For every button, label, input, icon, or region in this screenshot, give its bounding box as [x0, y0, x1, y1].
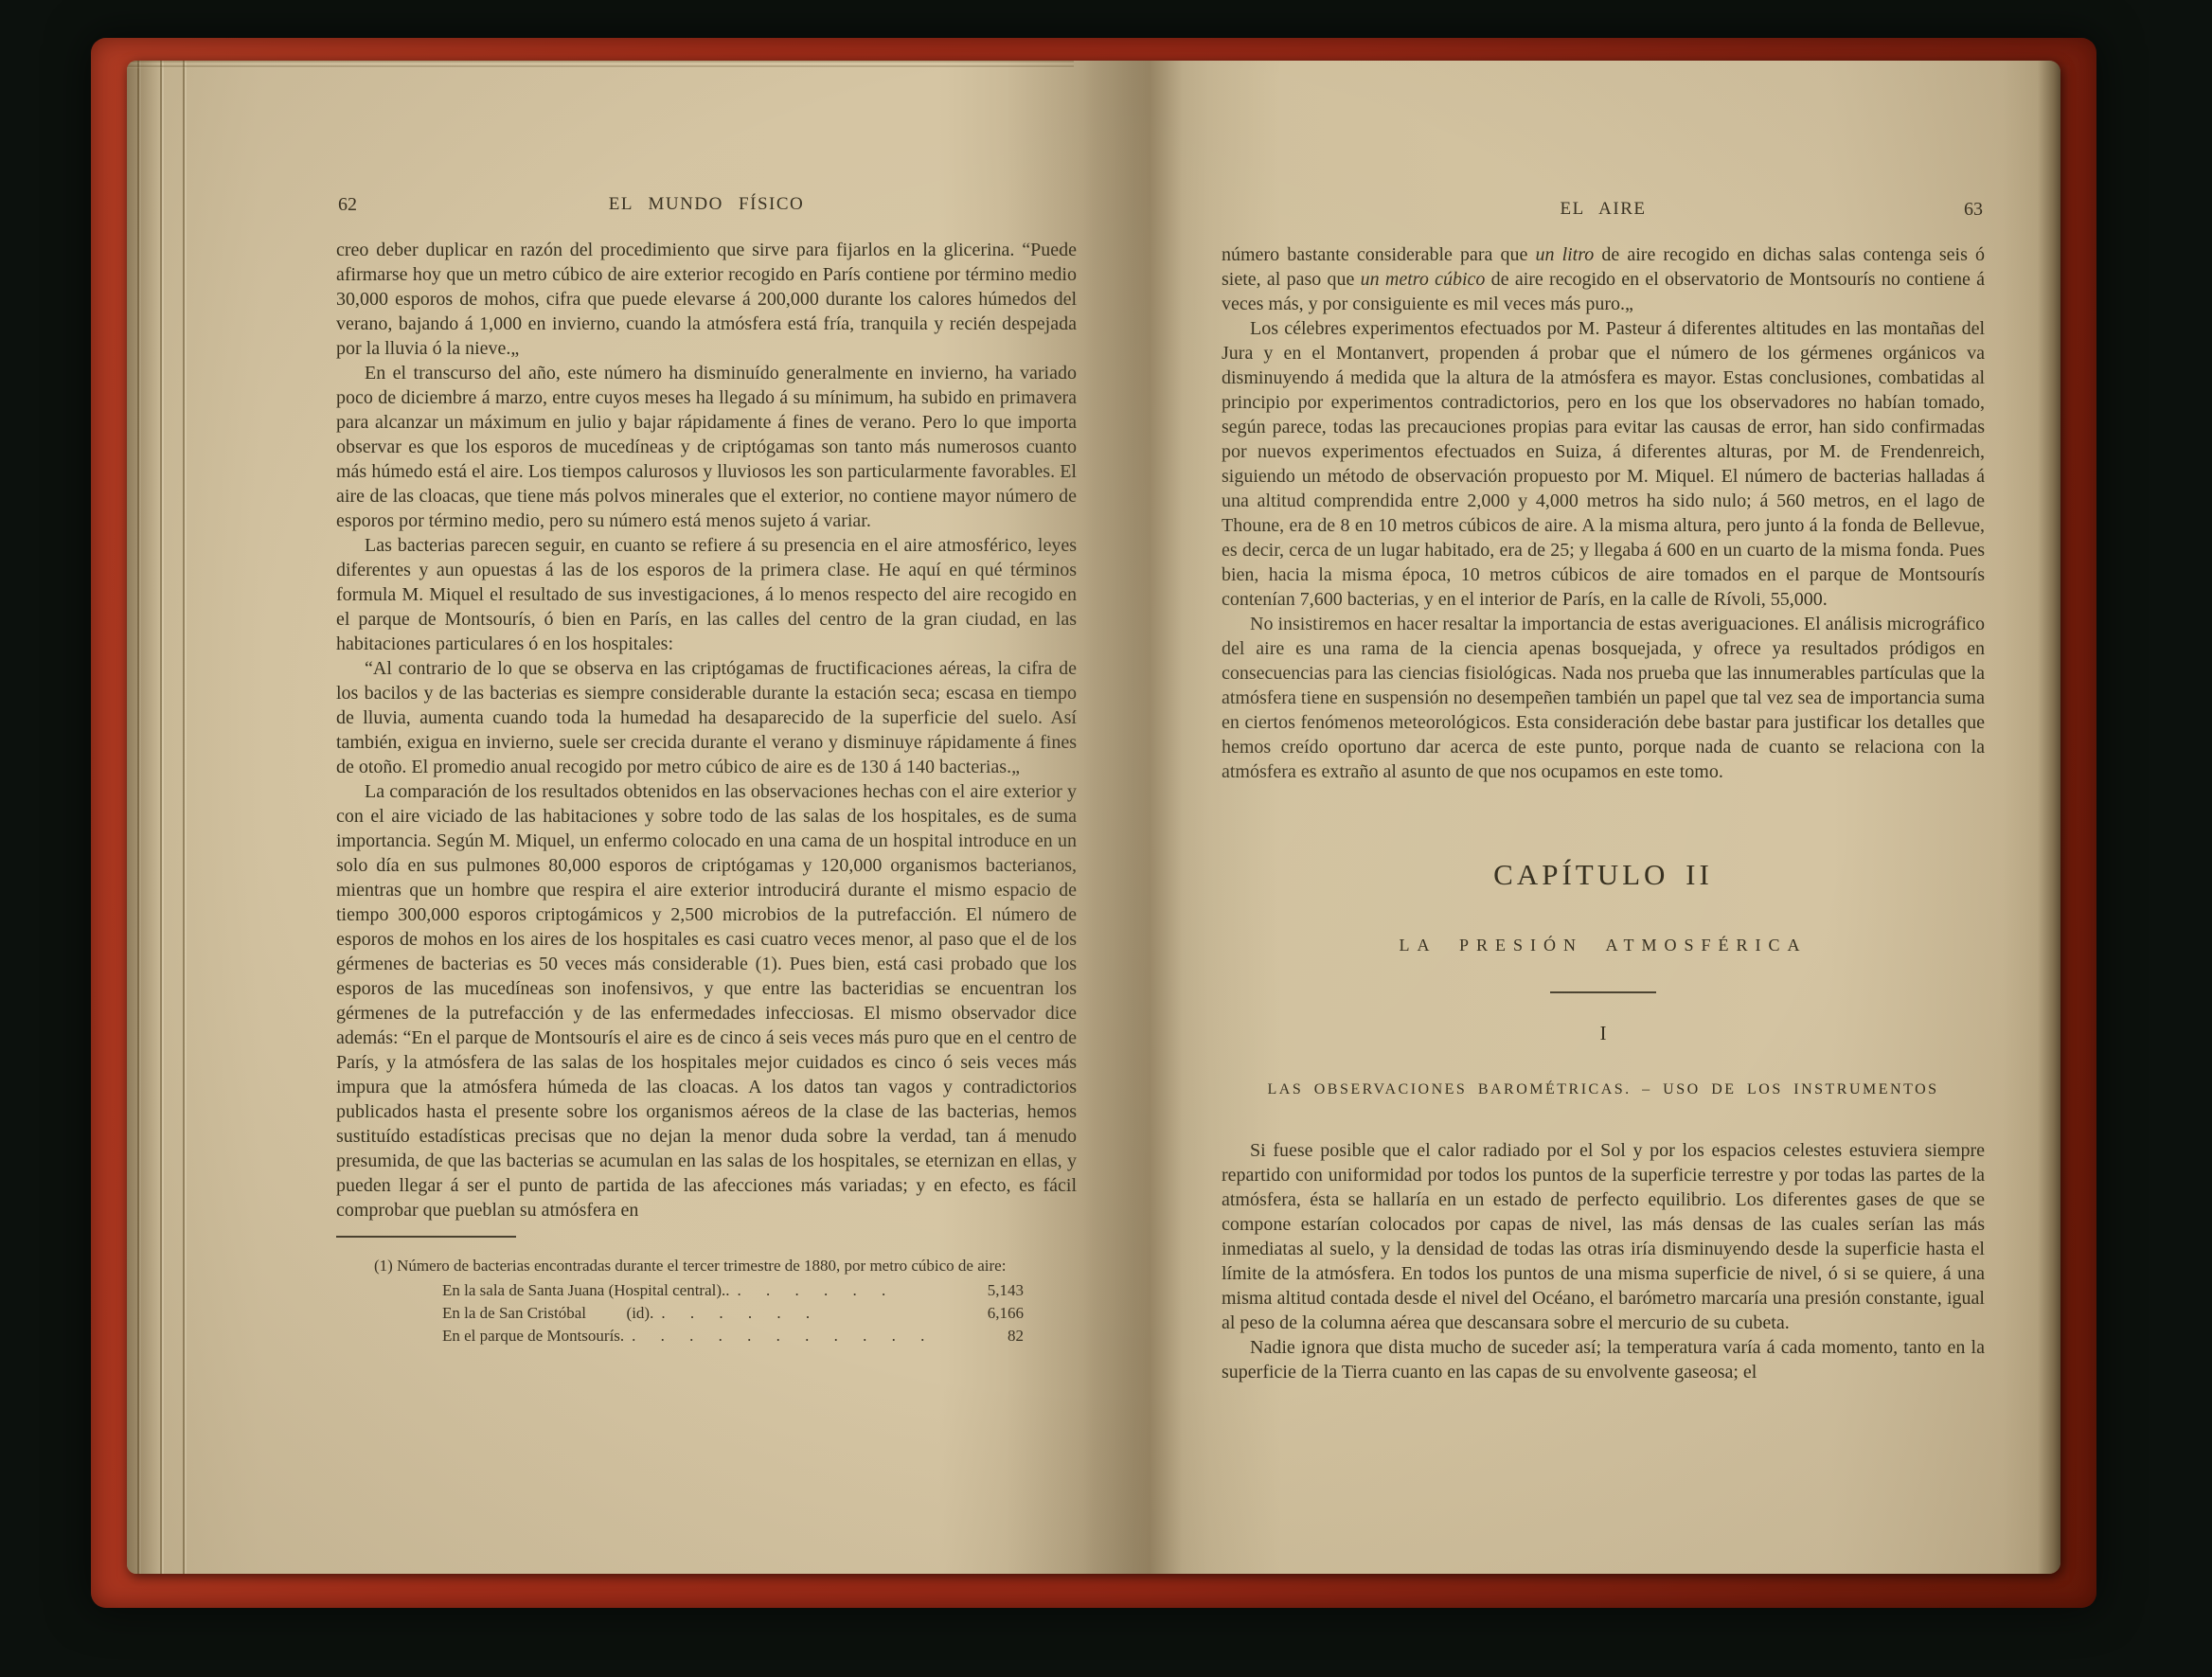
paragraph: La comparación de los resultados obtenid…	[336, 779, 1077, 1222]
footnote-row-value: 5,143	[948, 1279, 1024, 1302]
chapter-title: CAPÍTULO II	[1222, 858, 1985, 892]
left-page: 62 EL MUNDO FÍSICO creo deber duplicar e…	[336, 194, 1077, 1347]
paragraph: número bastante considerable para que un…	[1222, 242, 1985, 316]
chapter-subtitle: LA PRESIÓN ATMOSFÉRICA	[1222, 936, 1985, 955]
paragraph: creo deber duplicar en razón del procedi…	[336, 238, 1077, 361]
footnote-row-label: En el parque de Montsourís.	[442, 1325, 624, 1347]
page-number-left: 62	[338, 194, 357, 216]
footnote-row: En la de San Cristóbal (id).. . . . . .6…	[336, 1302, 1077, 1325]
footnote-intro: (1) Número de bacterias encontradas dura…	[336, 1255, 1077, 1277]
right-page-edge	[2038, 61, 2060, 1574]
right-page-body-top: número bastante considerable para que un…	[1222, 242, 1985, 784]
page-edge-top	[127, 61, 1074, 69]
footnote-row-leader: . . . . . . . . . . .	[624, 1325, 948, 1347]
footnote-row-label: En la sala de Santa Juana (Hospital cent…	[442, 1279, 730, 1302]
right-page: EL AIRE 63 número bastante considerable …	[1222, 199, 1985, 1384]
book: 62 EL MUNDO FÍSICO creo deber duplicar e…	[91, 38, 2096, 1608]
footnote-rule	[336, 1236, 516, 1238]
right-page-body-bottom: Si fuese posible que el calor radiado po…	[1222, 1138, 1985, 1384]
footnote-row-leader: . . . . . .	[730, 1279, 948, 1302]
footnote-row: En la sala de Santa Juana (Hospital cent…	[336, 1279, 1077, 1302]
section-number: I	[1222, 1022, 1985, 1045]
photo-background: { "colors": { "background": "#0c110d", "…	[0, 0, 2212, 1677]
left-page-header: 62 EL MUNDO FÍSICO	[336, 194, 1077, 217]
footnote-row: En el parque de Montsourís.. . . . . . .…	[336, 1325, 1077, 1347]
section-title: LAS OBSERVACIONES BAROMÉTRICAS. – USO DE…	[1222, 1081, 1985, 1098]
paragraph: “Al contrario de lo que se observa en la…	[336, 656, 1077, 779]
paragraph: Nadie ignora que dista mucho de suceder …	[1222, 1335, 1985, 1384]
footnote-row-label: En la de San Cristóbal (id).	[442, 1302, 653, 1325]
chapter-heading: CAPÍTULO II LA PRESIÓN ATMOSFÉRICA I LAS…	[1222, 858, 1985, 1098]
running-title-right: EL AIRE	[1560, 199, 1646, 219]
footnote: (1) Número de bacterias encontradas dura…	[336, 1236, 1077, 1347]
page-number-right: 63	[1964, 199, 1983, 221]
footnote-table: En la sala de Santa Juana (Hospital cent…	[336, 1279, 1077, 1347]
footnote-row-leader: . . . . . .	[653, 1302, 948, 1325]
paragraph: Las bacterias parecen seguir, en cuanto …	[336, 533, 1077, 656]
chapter-rule	[1550, 991, 1656, 993]
paragraph: En el transcurso del año, este número ha…	[336, 361, 1077, 533]
footnote-row-value: 6,166	[948, 1302, 1024, 1325]
paragraph: No insistiremos en hacer resaltar la imp…	[1222, 612, 1985, 784]
footnote-row-value: 82	[948, 1325, 1024, 1347]
paragraph: Los célebres experimentos efectuados por…	[1222, 316, 1985, 612]
right-page-header: EL AIRE 63	[1222, 199, 1985, 222]
left-page-body: creo deber duplicar en razón del procedi…	[336, 238, 1077, 1222]
page-edge-stack	[127, 61, 201, 1574]
paragraph: Si fuese posible que el calor radiado po…	[1222, 1138, 1985, 1335]
page-spread: 62 EL MUNDO FÍSICO creo deber duplicar e…	[127, 61, 2060, 1574]
running-title-left: EL MUNDO FÍSICO	[609, 194, 804, 214]
